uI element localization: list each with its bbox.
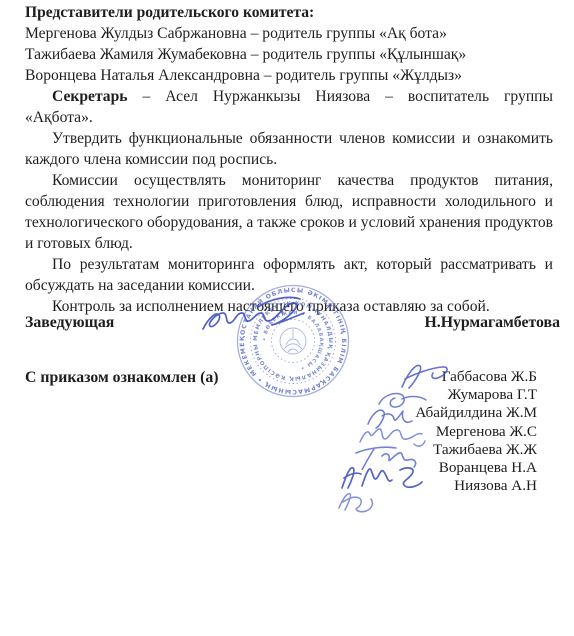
committee-member-line: Тажибаева Жамиля Жумабековна – родитель … (25, 44, 553, 65)
director-name: Н.Нурмагамбетова (424, 312, 560, 333)
scanned-order-document: Представители родительского комитета: Ме… (0, 0, 574, 636)
signature-scrawl (333, 482, 381, 514)
signatory-name: Ниязова А.Н (415, 477, 537, 495)
secretary-label: Секретарь (52, 88, 128, 105)
signatory-name: Абайдилдина Ж.М (415, 404, 537, 422)
director-title: Заведующая (25, 312, 114, 333)
signatory-name: Мергенова Ж.С (415, 423, 537, 441)
order-paragraph: Утвердить функциональные обязанности чле… (25, 128, 553, 170)
committee-member-line: Мергенова Жулдыз Сабржановна – родитель … (25, 23, 553, 44)
document-body: Представители родительского комитета: Ме… (25, 2, 553, 317)
director-signature-scrawl (200, 293, 318, 343)
signatory-name: Тажибаева Ж.Ж (415, 441, 537, 459)
acknowledgement-label: С приказом ознакомлен (а) (25, 367, 219, 388)
secretary-line: Секретарь – Асел Нуржанкызы Ниязова – во… (25, 86, 553, 128)
committee-heading: Представители родительского комитета: (25, 2, 553, 23)
signatory-name: Воранцева Н.А (415, 459, 537, 477)
order-paragraph: Комиссии осуществлять мониторинг качеств… (25, 170, 553, 254)
committee-member-line: Воронцева Наталья Александровна – родите… (25, 65, 553, 86)
